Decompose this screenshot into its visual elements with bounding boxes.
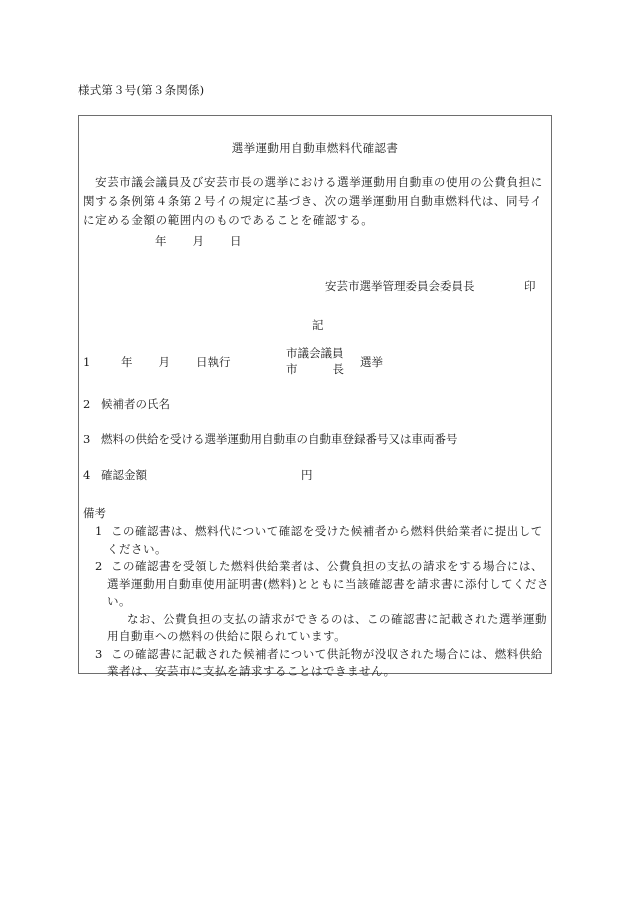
document-title: 選挙運動用自動車燃料代確認書 xyxy=(79,140,551,156)
item-number: 3 xyxy=(83,432,101,446)
election-type-stack: 市議会議員 市 長 xyxy=(286,345,344,377)
yen-unit: 円 xyxy=(301,467,313,483)
item-label: 候補者の氏名 xyxy=(101,397,170,411)
day-label: 日 xyxy=(230,233,242,249)
note-number: 2 xyxy=(95,558,111,576)
form-number-label: 様式第３号(第３条関係) xyxy=(78,82,204,98)
item-label: 燃料の供給を受ける選挙運動用自動車の自動車登録番号又は車両番号 xyxy=(101,432,458,446)
item1-month-label: 月 xyxy=(159,355,171,369)
intro-paragraph: 安芸市議会議員及び安芸市長の選挙における選挙運動用自動車の使用の公費負担に関する… xyxy=(83,173,547,230)
notes-list: 1この確認書は、燃料代について確認を受けた候補者から燃料供給業者に提出してくださ… xyxy=(83,523,549,681)
item-number: 4 xyxy=(83,468,101,482)
item-label: 確認金額 xyxy=(101,468,147,482)
note-text: この確認書を受領した燃料供給業者は、公費負担の支払の請求をする場合には、選挙運動… xyxy=(107,559,549,608)
item-vehicle-number: 3燃料の供給を受ける選挙運動用自動車の自動車登録番号又は車両番号 xyxy=(83,431,458,447)
item1-day-label: 日執行 xyxy=(196,355,231,369)
item-election-date: 1年月日執行 xyxy=(83,354,231,370)
notes-heading: 備考 xyxy=(83,505,106,521)
mayor-char-1: 市 xyxy=(286,361,298,377)
note-text: この確認書は、燃料代について確認を受けた候補者から燃料供給業者に提出してください… xyxy=(107,524,543,556)
note-text: この確認書に記載された候補者について供託物が没収された場合には、燃料供給業者は、… xyxy=(107,647,543,679)
election-type-council: 市議会議員 xyxy=(286,345,344,361)
item-number: 2 xyxy=(83,397,101,411)
date-line: 年月日 xyxy=(155,233,242,249)
note-number: 3 xyxy=(95,646,111,664)
note-item: 3この確認書に記載された候補者について供託物が没収された場合には、燃料供給業者は… xyxy=(89,646,549,681)
note-continuation: なお、公費負担の支払の請求ができるのは、この確認書に記載された選挙運動用自動車へ… xyxy=(89,611,549,646)
issuer-title: 安芸市選挙管理委員会委員長 xyxy=(325,278,475,294)
year-label: 年 xyxy=(155,233,167,249)
item-confirmed-amount: 4確認金額 xyxy=(83,467,147,483)
note-item: 2この確認書を受領した燃料供給業者は、公費負担の支払の請求をする場合には、選挙運… xyxy=(89,558,549,611)
month-label: 月 xyxy=(193,233,205,249)
mayor-char-2: 長 xyxy=(333,361,345,377)
item-number: 1 xyxy=(83,355,121,369)
item-candidate-name: 2候補者の氏名 xyxy=(83,396,170,412)
note-number: 1 xyxy=(95,523,111,541)
note-item: 1この確認書は、燃料代について確認を受けた候補者から燃料供給業者に提出してくださ… xyxy=(89,523,549,558)
election-type-mayor: 市 長 xyxy=(286,361,344,377)
item1-year-label: 年 xyxy=(121,355,133,369)
document-frame: 選挙運動用自動車燃料代確認書 安芸市議会議員及び安芸市長の選挙における選挙運動用… xyxy=(78,115,552,674)
seal-mark: 印 xyxy=(524,278,536,294)
election-suffix: 選挙 xyxy=(360,354,383,370)
ki-heading: 記 xyxy=(312,317,324,333)
